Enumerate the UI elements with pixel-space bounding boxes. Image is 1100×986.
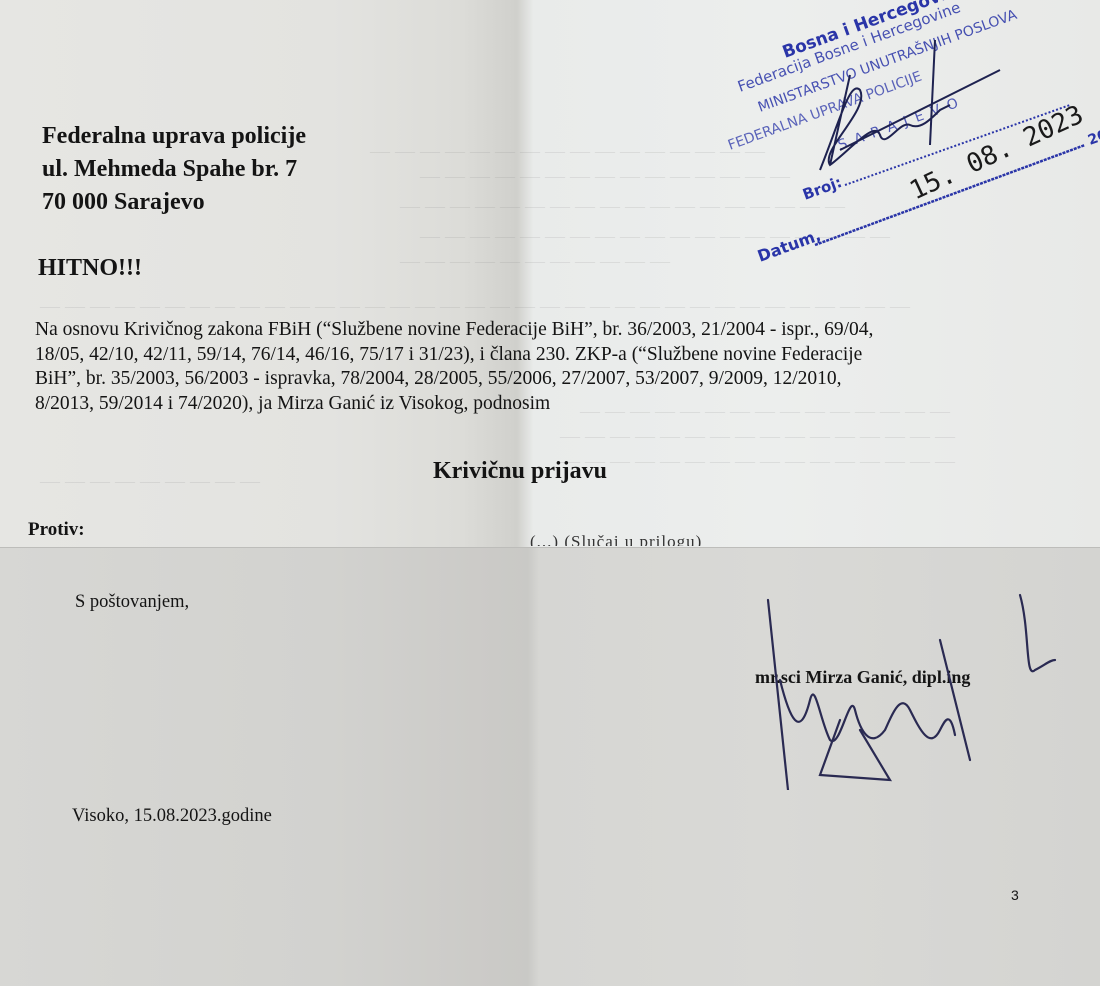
document-title: Krivičnu prijavu xyxy=(0,458,1040,485)
paragraph-line: 18/05, 42/10, 42/11, 59/14, 76/14, 46/16… xyxy=(35,343,1065,368)
page-number: 3 xyxy=(1011,887,1019,903)
paragraph-line: BiH”, br. 35/2003, 56/2003 - ispravka, 7… xyxy=(35,367,1065,392)
urgent-label: HITNO!!! xyxy=(38,255,142,282)
paragraph-line: 8/2013, 59/2014 i 74/2020), ja Mirza Gan… xyxy=(35,392,1065,417)
bleed-through-text: — — — — — — — — — — — — — — — — — — — — … xyxy=(40,295,910,318)
closing-salutation: S poštovanjem, xyxy=(75,592,189,613)
place-and-date: Visoko, 15.08.2023.godine xyxy=(72,806,272,827)
bleed-through-text: — — — — — — — — — — — xyxy=(400,250,670,273)
recipient-street: ul. Mehmeda Spahe br. 7 xyxy=(42,153,306,186)
against-label: Protiv: xyxy=(28,519,85,541)
paragraph-line: Na osnovu Krivičnog zakona FBiH (“Službe… xyxy=(35,318,1065,343)
recipient-city: 70 000 Sarajevo xyxy=(42,186,306,219)
recipient-name: Federalna uprava policije xyxy=(42,120,306,153)
bleed-through-text: — — — — — — — — — — — — — — — — xyxy=(560,425,955,448)
cut-off-text: (...) (Slučaj u prilogu) xyxy=(530,532,702,546)
legal-basis-paragraph: Na osnovu Krivičnog zakona FBiH (“Službe… xyxy=(35,318,1065,416)
recipient-address: Federalna uprava policije ul. Mehmeda Sp… xyxy=(42,120,306,219)
official-stamp: Bosna i Hercegovina Federacija Bosne i H… xyxy=(700,0,1100,280)
document-page-top: — — — — — — — — — — — — — — — — — — — — … xyxy=(0,0,1100,548)
handwritten-signature xyxy=(740,590,1080,790)
stamp-datum-label: Datum, xyxy=(755,225,823,265)
stamp-broj-label: Broj: xyxy=(800,173,844,204)
stamp-year-suffix: 20. xyxy=(1086,125,1100,149)
